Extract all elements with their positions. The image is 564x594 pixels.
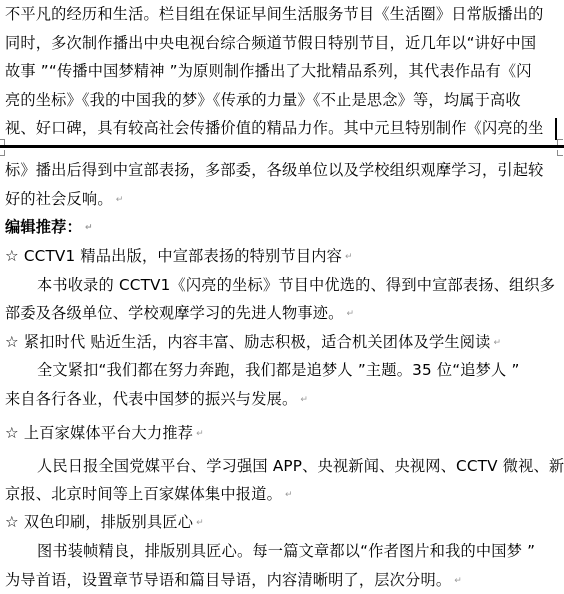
text-line: 不平凡的经历和生活。栏目组在保证早间生活服务节目《生活圈》日常版播出的	[5, 1, 564, 27]
paragraph-mark-icon: ↵	[345, 252, 353, 262]
text-line: 人民日报全国党媒平台、学习强国 APP、央视新闻、央视网、CCTV 微视、新	[37, 453, 564, 479]
text-line: 为导首语，设置章节导语和篇目导语，内容清晰明了，层次分明。↵	[5, 567, 564, 593]
item-title-text: ☆ 上百家媒体平台大力推荐	[5, 424, 193, 442]
text-line: 标》播出后得到中宣部表扬，多部委，各级单位以及学校组织观摩学习，引起较	[5, 157, 564, 183]
paragraph-mark-icon: ↵	[300, 395, 308, 405]
recommend-item-title: ☆ 紧扣时代 贴近生活，内容丰富、励志积极，适合机关团体及学生阅读↵	[5, 329, 564, 355]
text-line: 图书装帧精良，排版别具匠心。每一篇文章都以“作者图片和我的中国梦 ”	[37, 538, 564, 564]
item-title-text: ☆ 紧扣时代 贴近生活，内容丰富、励志积极，适合机关团体及学生阅读	[5, 333, 491, 351]
page-break-divider	[0, 145, 564, 148]
paragraph-mark-icon: ↵	[196, 518, 204, 528]
paragraph-mark-icon: ↵	[494, 338, 502, 348]
text-span: 来自各行各业，代表中国梦的振兴与发展。	[5, 390, 297, 408]
text-span: 好的社会反响。	[5, 190, 113, 208]
text-line: 视、好口碑，具有较高社会传播价值的精品力作。其中元旦特别制作《闪亮的坐	[5, 115, 564, 141]
page-corner-mark	[0, 150, 5, 156]
text-line: 京报、北京时间等上百家媒体集中报道。↵	[5, 481, 564, 507]
text-span: 为导首语，设置章节导语和篇目导语，内容清晰明了，层次分明。	[5, 571, 451, 589]
text-line: 故事 ”“传播中国梦精神 ”为原则制作播出了大批精品系列，其代表作品有《闪	[5, 58, 564, 84]
text-line: 亮的坐标》《我的中国我的梦》《传承的力量》《不止是思念》等，均属于高收	[5, 87, 564, 113]
recommend-item-title: ☆ 双色印刷，排版别具匠心↵	[5, 509, 564, 535]
text-line: 来自各行各业，代表中国梦的振兴与发展。↵	[5, 386, 564, 412]
paragraph-mark-icon: ↵	[196, 429, 204, 439]
text-line: 全文紧扣“我们都在努力奔跑，我们都是追梦人 ”主题。35 位“追梦人 ”	[37, 357, 564, 383]
text-line: 本书收录的 CCTV1《闪亮的坐标》节目中优选的、得到中宣部表扬、组织多	[37, 272, 564, 298]
item-title-text: ☆ 双色印刷，排版别具匠心	[5, 513, 193, 531]
paragraph-mark-icon: ↵	[116, 195, 124, 205]
paragraph-mark-icon: ↵	[285, 490, 293, 500]
paragraph-mark-icon: ↵	[454, 576, 462, 586]
text-span: 京报、北京时间等上百家媒体集中报道。	[5, 485, 282, 503]
heading-text: 编辑推荐：	[5, 218, 82, 236]
item-title-text: ☆ CCTV1 精品出版，中宣部表扬的特别节目内容	[5, 247, 342, 265]
text-line: 同时，多次制作播出中央电视台综合频道节假日特别节目，近几年以“讲好中国	[5, 30, 564, 56]
section-heading: 编辑推荐：↵	[5, 214, 564, 240]
text-line: 部委及各级单位、学校观摩学习的先进人物事迹。↵	[5, 300, 564, 326]
recommend-item-title: ☆ 上百家媒体平台大力推荐↵	[5, 420, 564, 446]
page-corner-mark	[557, 150, 563, 156]
paragraph-mark-icon: ↵	[85, 223, 93, 233]
text-span: 部委及各级单位、学校观摩学习的先进人物事迹。	[5, 304, 344, 322]
text-cursor	[555, 118, 557, 140]
paragraph-mark-icon: ↵	[347, 309, 355, 319]
text-line: 好的社会反响。↵	[5, 186, 564, 212]
recommend-item-title: ☆ CCTV1 精品出版，中宣部表扬的特别节目内容↵	[5, 243, 564, 269]
